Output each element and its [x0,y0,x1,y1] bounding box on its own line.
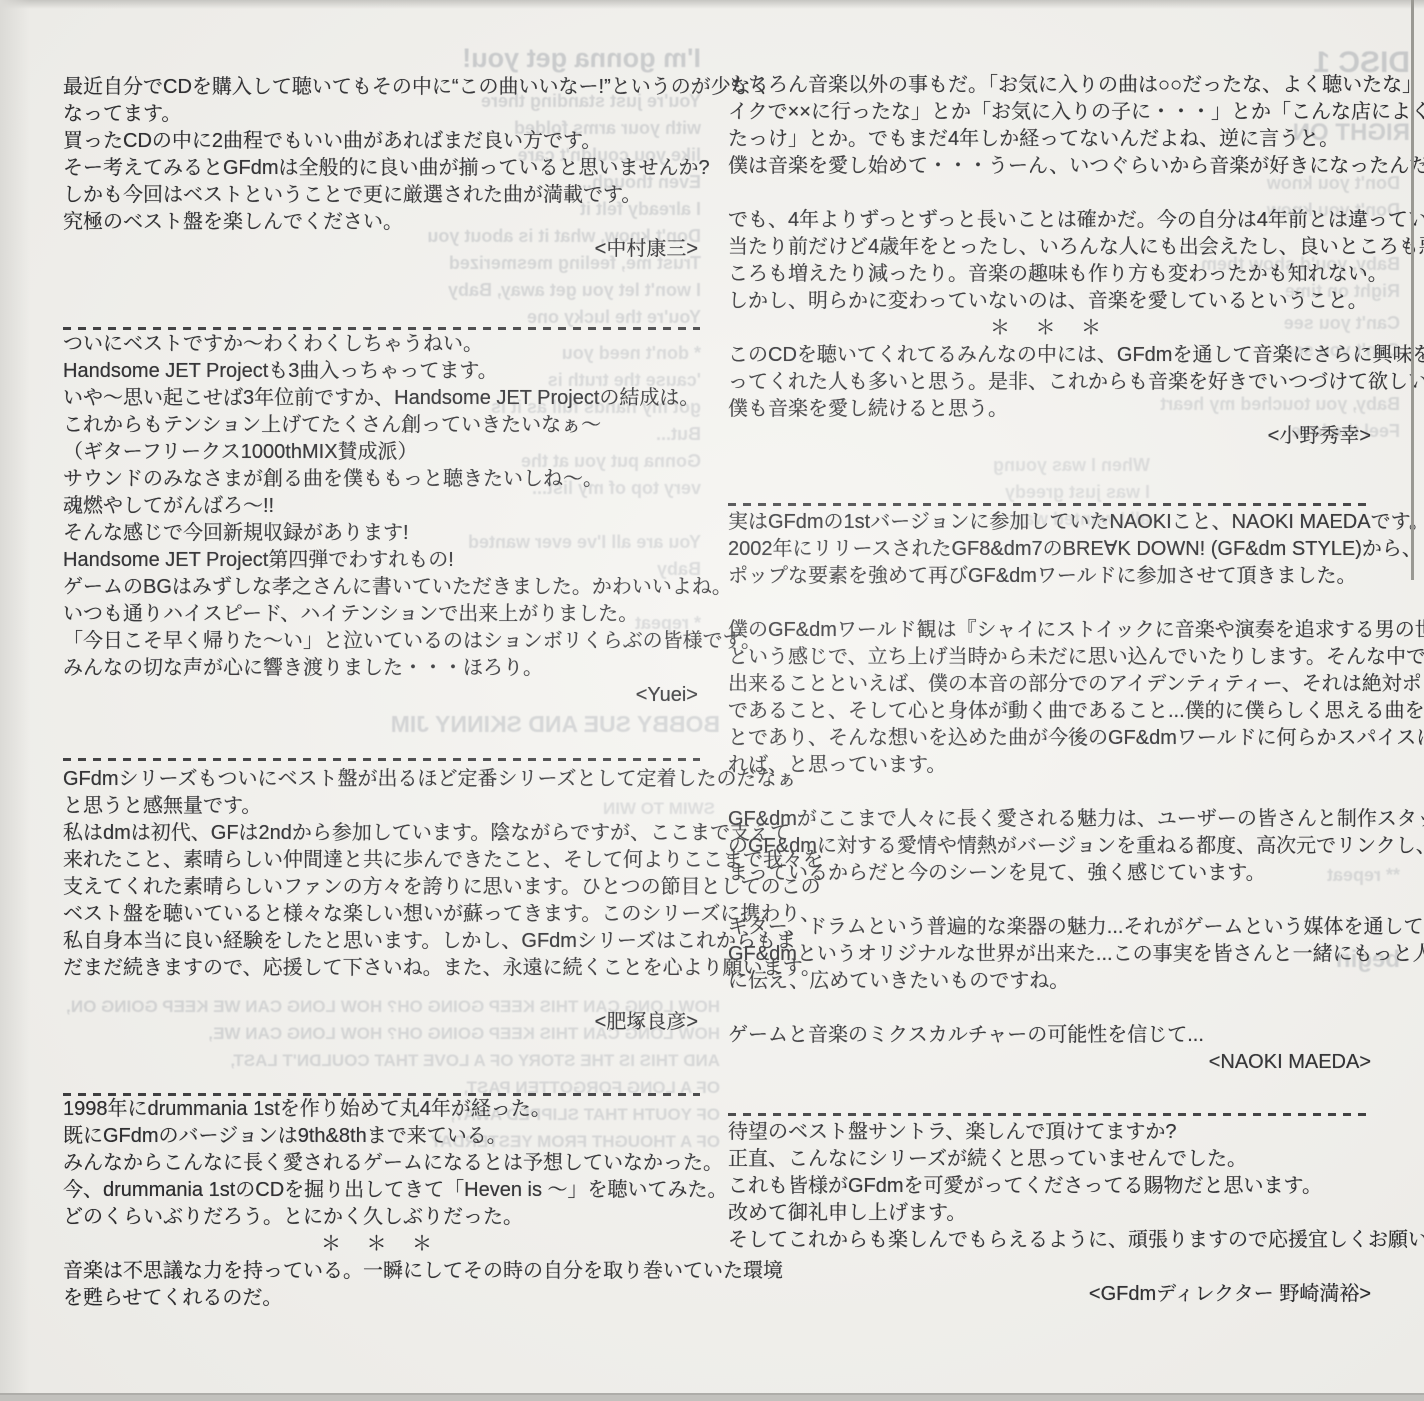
text-line: <小野秀幸> [728,423,1373,450]
text-line: もちろん音楽以外の事もだ。「お気に入りの曲は○○だったな、よく聴いたな」とか「バ [728,72,1373,99]
text-line: 私はdmは初代、GFは2ndから参加しています。陰ながらですが、ここまで支えて [63,820,700,847]
text-line: であること、そして心と身体が動く曲であること...僕的に僕らしく思える曲を創るこ [728,698,1373,725]
text-line: のGF&dmに対する愛情や情熱がバージョンを重ねる都度、高次元でリンクし、高 [728,833,1373,860]
text-line: そしてこれからも楽しんでもらえるように、頑張りますので応援宜しくお願いします! [728,1227,1373,1254]
page-edge-left [0,0,30,1401]
text-line: ベスト盤を聴いていると様々な楽しい想いが蘇ってきます。このシリーズに携わり、 [63,901,700,928]
page-edge-top [0,0,1424,9]
showthrough-text: BOBBY SUE AND SKINNY JIM [290,710,720,738]
text-line: 出来ることといえば、僕の本音の部分でのアイデンティティー、それは絶対ポップ [728,671,1373,698]
showthrough-line: I won't let you get away, Baby [373,277,701,304]
text-line: <Yuei> [63,682,700,709]
text-line: ころも増えたり減ったり。音楽の趣味も作り方も変わったかも知れない。 [728,261,1373,288]
showthrough-line: BOBBY SUE AND SKINNY JIM [290,710,720,738]
text-line: 実はGFdmの1stバージョンに参加していたNAOKIこと、NAOKI MAED… [728,509,1373,536]
text-line: いつも通りハイスピード、ハイテンションで出来上がりました。 [63,601,700,628]
comment-section: 1998年にdrummania 1stを作り始めて丸4年が経った。既にGFdmの… [63,1096,700,1312]
text-line: ポップな要素を強めて再びGF&dmワールドに参加させて頂きました。 [728,563,1373,590]
text-line: 僕のGF&dmワールド観は『シャイにストイックに音楽や演奏を追求する男の世界』 [728,617,1373,644]
text-line: <GFdmディレクター 野崎満裕> [728,1281,1373,1308]
text-line: いや〜思い起こせば3年位前ですか、Handsome JET Projectの結成… [63,385,700,412]
showthrough-text: I'm gonna get you! [383,42,701,74]
text-line: 正直、こんなにシリーズが続くと思っていませんでした。 [728,1146,1373,1173]
dashed-divider [63,1093,700,1096]
text-line: 改めて御礼申し上げます。 [728,1200,1373,1227]
text-line: ギター、ドラムという普遍的な楽器の魅力...それがゲームという媒体を通して [728,914,1373,941]
dashed-divider [728,1113,1368,1116]
text-line: を甦らせてくれるのだ。 [63,1285,700,1312]
text-line: これも皆様がGFdmを可愛がってくださってる賜物だと思います。 [728,1173,1373,1200]
text-line: <肥塚良彦> [63,1009,700,1036]
booklet-page: I'm gonna get you! You're just standing … [0,0,1424,1401]
text-line: ついにベストですか〜わくわくしちゃうねい。 [63,331,700,358]
text-line: イクで××に行ったな」とか「お気に入りの子に・・・」とか「こんな店によく飲みに行… [728,99,1373,126]
showthrough-line: When I was young [900,452,1150,479]
text-line [728,995,1373,1022]
text-line [63,982,700,1009]
text-line: GF&dmというオリジナルな世界が出来た...この事実を皆さんと一緒にもっと人々 [728,941,1373,968]
text-line: どのくらいぶりだろう。とにかく久しぶりだった。 [63,1204,700,1231]
text-line: これからもテンション上げてたくさん創っていきたいなぁ〜 [63,412,700,439]
dashed-divider [63,758,700,761]
text-line: ゲームのBGはみずしな孝之さんに書いていただきました。かわいいよね。 [63,574,700,601]
text-line: みんなからこんなに長く愛されるゲームになるとは予想していなかった。 [63,1150,700,1177]
comment-section: GFdmシリーズもついにベスト盤が出るほど定番シリーズとして定着したのだなぁと思… [63,766,700,1036]
text-line: 僕は音楽を愛し始めて・・・うーん、いつぐらいから音楽が好きになったんだろう。 [728,153,1373,180]
text-line: 当たり前だけど4歳年をとったし、いろんな人にも出会えたし、良いところも悪いと [728,234,1373,261]
text-line [728,779,1373,806]
text-line: 究極のベスト盤を楽しんでください。 [63,209,700,236]
text-line: （ギターフリークス1000thMIX賛成派） [63,439,700,466]
text-line: 最近自分でCDを購入して聴いてもその中に“この曲いいなー!”というのが少なく [63,74,700,101]
text-line [728,590,1373,617]
text-line: GF&dmがここまで人々に長く愛される魅力は、ユーザーの皆さんと制作スタッフ [728,806,1373,833]
showthrough-line: I'm gonna get you! [383,42,701,74]
comment-section: 待望のベスト盤サントラ、楽しんで頂けてますか?正直、こんなにシリーズが続くと思っ… [728,1119,1373,1308]
text-line: 2002年にリリースされたGF8&dm7のBRE∀K DOWN! (GF&dm … [728,536,1373,563]
text-line: ＊ ＊ ＊ [63,1231,700,1258]
text-line: 私自身本当に良い経験をしたと思います。しかし、GFdmシリーズはこれからもま [63,928,700,955]
text-line: ＊ ＊ ＊ [728,315,1373,342]
text-line: <中村康三> [63,236,700,263]
showthrough-line: AND THIS IS THE STORY OF A LOVE THAT COU… [128,1047,720,1074]
text-line: このCDを聴いてくれてるみんなの中には、GFdmを通して音楽にさらに興味を持 [728,342,1373,369]
text-line: Handsome JET Project第四弾でわすれもの! [63,547,700,574]
text-line: ってくれた人も多いと思う。是非、これからも音楽を好きでいつづけて欲しいと思う。 [728,369,1373,396]
text-line: 買ったCDの中に2曲程でもいい曲があればまだ良い方です。 [63,128,700,155]
comment-section: ついにベストですか〜わくわくしちゃうねい。Handsome JET Projec… [63,331,700,709]
text-line: まっているからだと今のシーンを見て、強く感じています。 [728,860,1373,887]
text-line: Handsome JET Projectも3曲入っちゃってます。 [63,358,700,385]
text-line: しかも今回はベストということで更に厳選された曲が満載です。 [63,182,700,209]
text-line: れば、と思っています。 [728,752,1373,779]
text-line: 音楽は不思議な力を持っている。一瞬にしてその時の自分を取り巻いていた環境 [63,1258,700,1285]
text-line: だまだ続きますので、応援して下さいね。また、永遠に続くことを心より願います。 [63,955,700,982]
text-line: 待望のベスト盤サントラ、楽しんで頂けてますか? [728,1119,1373,1146]
text-line: GFdmシリーズもついにベスト盤が出るほど定番シリーズとして定着したのだなぁ [63,766,700,793]
page-edge-bottom [0,1393,1424,1401]
text-line: たっけ」とか。でもまだ4年しか経ってないんだよね、逆に言うと。 [728,126,1373,153]
comment-section: もちろん音楽以外の事もだ。「お気に入りの曲は○○だったな、よく聴いたな」とか「バ… [728,72,1373,450]
text-line: 既にGFdmのバージョンは9th&8thまで来ている。 [63,1123,700,1150]
text-line: 「今日こそ早く帰りた〜い」と泣いているのはションボリくらぶの皆様です。 [63,628,700,655]
comment-section: 最近自分でCDを購入して聴いてもその中に“この曲いいなー!”というのが少なくなっ… [63,74,700,263]
text-line: そんな感じで今回新規収録があります! [63,520,700,547]
text-line: でも、4年よりずっとずっと長いことは確かだ。今の自分は4年前とは違っている。 [728,207,1373,234]
text-line: 今、drummania 1stのCDを掘り出してきて「Heven is 〜」を聴… [63,1177,700,1204]
text-line: 来れたこと、素晴らしい仲間達と共に歩んできたこと、そして何よりここまで我々を [63,847,700,874]
text-line: と思うと感無量です。 [63,793,700,820]
dashed-divider [728,503,1368,506]
text-line: とであり、そんな想いを込めた曲が今後のGF&dmワールドに何らかスパイスにな [728,725,1373,752]
text-line: 僕も音楽を愛し続けると思う。 [728,396,1373,423]
comment-section: 実はGFdmの1stバージョンに参加していたNAOKIこと、NAOKI MAED… [728,509,1373,1076]
text-line: <NAOKI MAEDA> [728,1049,1373,1076]
text-line: 支えてくれた素晴らしいファンの方々を誇りに思います。ひとつの節目としてのこの [63,874,700,901]
dashed-divider [63,327,700,330]
text-line: なってます。 [63,101,700,128]
text-line: 1998年にdrummania 1stを作り始めて丸4年が経った。 [63,1096,700,1123]
text-line [728,1254,1373,1281]
text-line: に伝え、広めていきたいものですね。 [728,968,1373,995]
text-line: という感じで、立ち上げ当時から未だに思い込んでいたりします。そんな中で僕が [728,644,1373,671]
text-line: そー考えてみるとGFdmは全般的に良い曲が揃っていると思いませんか? [63,155,700,182]
text-line [728,180,1373,207]
text-line [728,887,1373,914]
text-line: しかし、明らかに変わっていないのは、音楽を愛しているということ。 [728,288,1373,315]
text-line: サウンドのみなさまが創る曲を僕ももっと聴きたいしね〜。 [63,466,700,493]
text-line: みんなの切な声が心に響き渡りました・・・ほろり。 [63,655,700,682]
text-line: ゲームと音楽のミクスカルチャーの可能性を信じて... [728,1022,1373,1049]
text-line: 魂燃やしてがんばろ〜!! [63,493,700,520]
showthrough-line: I was just greedy [900,479,1150,506]
